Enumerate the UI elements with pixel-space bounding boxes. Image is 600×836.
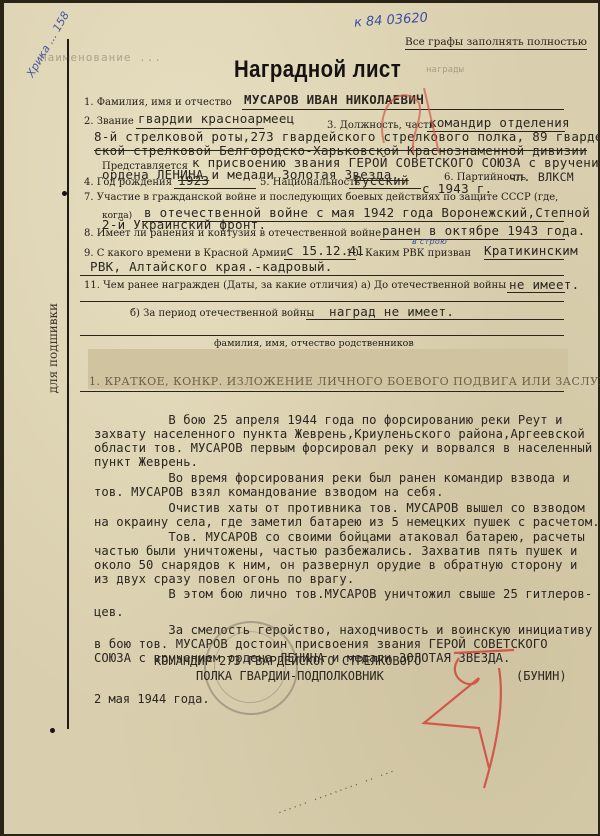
red-pencil-signature (404, 638, 524, 808)
field-prior-awards-value: не имеет. (509, 277, 579, 292)
signature-title-line1: КОМАНДИР 273 ГВАРДЕЙСКОГО СТРЕЛКОВОГО (154, 654, 421, 668)
underline (507, 292, 565, 293)
field-war-awards-value: наград не имеет. (329, 304, 454, 319)
narrative-line: из двух сразу повел огонь по врагу. (94, 572, 354, 587)
award-sheet: для подшивки к 84 03620 Все графы заполн… (4, 3, 598, 834)
underline (174, 188, 256, 189)
narrative-line: Очистив хаты от противника тов. МУСАРОВ … (94, 501, 585, 516)
underline (306, 319, 564, 320)
faded-header-left: Наименование ... (40, 51, 162, 64)
field-nationality-value: Русский (354, 173, 409, 188)
narrative-line: на окраину села, где заметил батарею из … (94, 515, 600, 530)
underline (80, 301, 564, 302)
narrative-line: области тов. МУСАРОВ первым форсировал р… (94, 441, 592, 456)
field-rvk-value-line2: РВК, Алтайского края.-кадровый. (90, 259, 333, 274)
punch-hole (50, 728, 55, 733)
field-army-since-label: 9. С какого времени в Красной Армии (84, 248, 287, 259)
field-nationality-label: 5. Национальность (260, 177, 360, 188)
fill-instruction: Все графы заполнять полностью (405, 36, 587, 50)
red-pencil-mark-top (364, 63, 464, 163)
field-rvk-value: Кратикинским (484, 243, 578, 258)
field-combat-label: 7. Участие в гражданской войне и последу… (84, 192, 558, 203)
underline (80, 335, 564, 336)
narrative-line: За смелость геройство, находчивость и во… (94, 623, 592, 638)
narrative-line: пункт Жеврень. (94, 455, 198, 470)
underline (80, 391, 564, 392)
archive-reference-number: к 84 03620 (354, 10, 429, 30)
field-war-awards-label: б) За период отечественной войны (130, 308, 314, 319)
narrative-line: захвату населенного пункта Жеврень,Криул… (94, 427, 585, 442)
narrative-line: около 50 снарядов к ним, он развернул ор… (94, 558, 577, 573)
handwritten-in-ranks-note: в строю (412, 237, 447, 246)
narrative-line: цев. (94, 605, 124, 620)
narrative-line: Во время форсирования реки был ранен ком… (94, 471, 570, 486)
underline (380, 239, 565, 240)
margin-handwritten-note: Хрика ... 158 (24, 9, 72, 79)
signature-title-line2: ПОЛКА ГВАРДИИ-ПОДПОЛКОВНИК (196, 669, 384, 683)
punch-hole (62, 191, 67, 196)
field-rank-label: 2. Звание (84, 116, 134, 127)
narrative-line: Тов. МУСАРОВ со своими бойцами атаковал … (94, 530, 585, 545)
underline (484, 259, 564, 260)
field-position-value-line2: 8-й стрелковой роты,273 гвардейского стр… (94, 129, 600, 144)
narrative-line: В бою 25 апреля 1944 года по форсировани… (94, 413, 563, 428)
narrative-section-heading: 1. КРАТКОЕ, КОНКР. ИЗЛОЖЕНИЕ ЛИЧНОГО БОЕ… (89, 375, 600, 388)
binding-label: для подшивки (46, 302, 60, 303)
narrative-line: частью были уничтожены, частью разбежали… (94, 544, 577, 559)
underline (349, 188, 421, 189)
field-birth-year-value: 1923 (178, 173, 209, 188)
faded-stamp-text: ······ ········· ·· ··· (276, 767, 397, 819)
field-wounds-label: 8. Имеет ли ранения и контузия в отечест… (84, 228, 381, 239)
narrative-line: тов. МУСАРОВ взял командование взводом н… (94, 485, 444, 500)
field-party-value: чл. ВЛКСМ (509, 170, 574, 184)
relatives-label: фамилия, имя, отчество родственников (214, 338, 414, 349)
field-rvk-label: 10. Каким РВК призван (346, 248, 471, 259)
binding-margin-line (67, 39, 69, 729)
underline (80, 275, 564, 276)
field-prior-awards-label: 11. Чем ранее награжден (Даты, за какие … (84, 280, 506, 291)
field-wounds-value: ранен в октябре 1943 года. (382, 223, 585, 238)
field-name-label: 1. Фамилия, имя и отчество (84, 97, 232, 108)
narrative-line: В этом бою лично тов.МУСАРОВ уничтожил с… (94, 587, 592, 602)
field-rank-value: гвардии красноармеец (138, 111, 295, 126)
field-birth-year-label: 4. Год рождения (84, 177, 172, 188)
signature-date: 2 мая 1944 года. (94, 692, 210, 706)
official-stamp (204, 621, 298, 715)
